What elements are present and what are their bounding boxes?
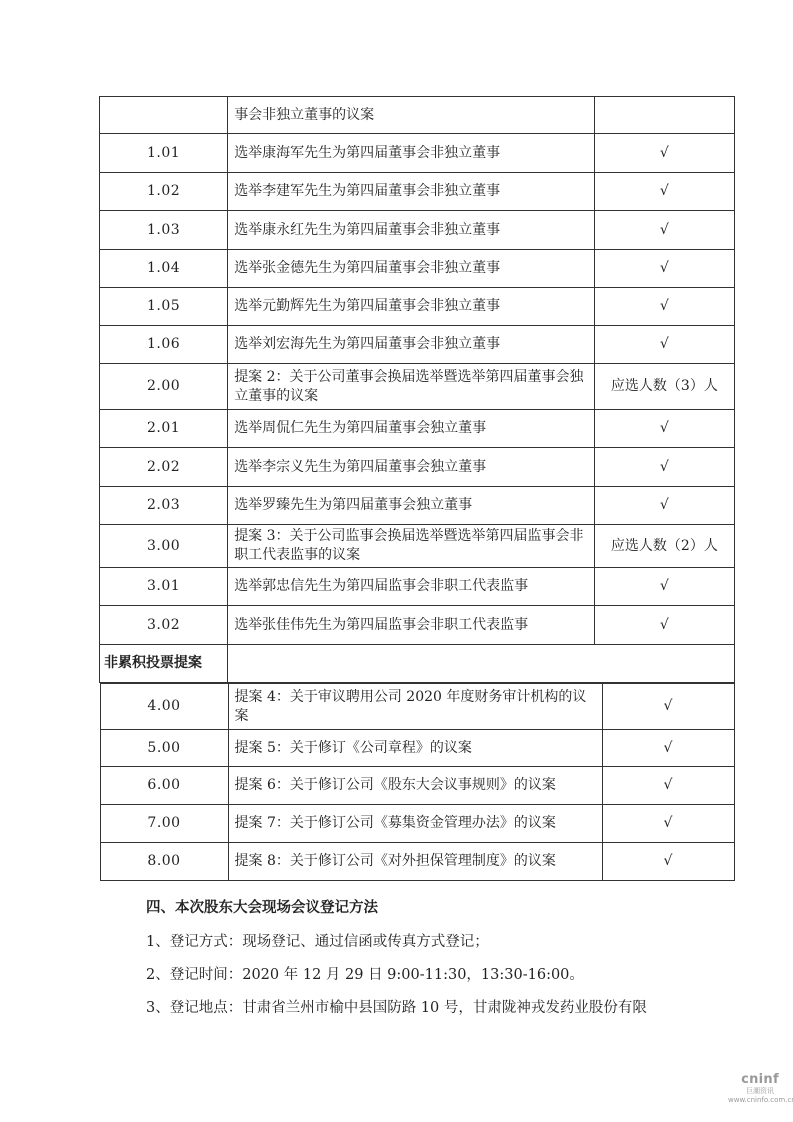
document-page: 事会非独立董事的议案1.01选举康海军先生为第四届董事会非独立董事√1.02选举… bbox=[0, 0, 793, 1122]
proposal-number: 5.00 bbox=[100, 730, 228, 767]
proposal-description: 选举罗臻先生为第四届董事会独立董事 bbox=[228, 487, 595, 525]
table-row: 7.00提案 7：关于修订公司《募集资金管理办法》的议案√ bbox=[100, 805, 734, 843]
proposal-description: 选举张佳伟先生为第四届监事会非职工代表监事 bbox=[228, 606, 595, 645]
proposal-number: 1.02 bbox=[100, 173, 228, 211]
proposal-number: 1.01 bbox=[100, 134, 228, 173]
table-row: 4.00提案 4：关于审议聘用公司 2020 年度财务审计机构的议案√ bbox=[100, 684, 734, 730]
proposal-number: 6.00 bbox=[100, 767, 228, 805]
checkmark-icon: √ bbox=[602, 843, 734, 881]
proposal-description: 事会非独立董事的议案 bbox=[228, 97, 595, 134]
proposal-number: 3.02 bbox=[100, 606, 228, 645]
proposal-number: 2.01 bbox=[100, 410, 228, 448]
checkmark-icon: √ bbox=[594, 173, 734, 211]
table-row: 1.01选举康海军先生为第四届董事会非独立董事√ bbox=[100, 134, 735, 173]
table-row: 2.00提案 2：关于公司董事会换届选举暨选举第四届董事会独立董事的议案应选人数… bbox=[100, 364, 735, 410]
section-empty-cell bbox=[228, 645, 735, 683]
section-label: 非累积投票提案 bbox=[100, 645, 228, 683]
proposal-description: 选举李宗义先生为第四届董事会独立董事 bbox=[228, 448, 595, 487]
table-row: 2.03选举罗臻先生为第四届董事会独立董事√ bbox=[100, 487, 735, 525]
table-row: 3.01选举郭忠信先生为第四届监事会非职工代表监事√ bbox=[100, 568, 735, 606]
proposal-number: 1.04 bbox=[100, 250, 228, 288]
registration-time: 2、登记时间：2020 年 12 月 29 日 9:00-11:30，13:30… bbox=[146, 963, 584, 984]
proposal-description: 提案 8：关于修订公司《对外担保管理制度》的议案 bbox=[228, 843, 602, 881]
proposal-number: 3.01 bbox=[100, 568, 228, 606]
checkmark-icon: √ bbox=[602, 684, 734, 730]
watermark-url: www.cninfo.com.cn bbox=[728, 1096, 792, 1105]
table-row: 3.00提案 3：关于公司监事会换届选举暨选举第四届监事会非职工代表监事的议案应… bbox=[100, 525, 735, 568]
proposal-description: 选举李建军先生为第四届董事会非独立董事 bbox=[228, 173, 595, 211]
watermark-logo: cninf bbox=[728, 1072, 792, 1087]
proposal-number: 1.06 bbox=[100, 326, 228, 364]
checkmark-icon: √ bbox=[594, 326, 734, 364]
checkmark-icon: √ bbox=[594, 410, 734, 448]
registration-method: 1、登记方式：现场登记、通过信函或传真方式登记； bbox=[146, 930, 489, 951]
proposal-number: 4.00 bbox=[100, 684, 228, 730]
cninfo-watermark: cninf 巨潮资讯 www.cninfo.com.cn bbox=[728, 1072, 792, 1105]
section-row-noncumulative: 非累积投票提案 bbox=[100, 645, 735, 683]
checkmark-icon: √ bbox=[602, 805, 734, 843]
proposal-description: 选举康永红先生为第四届董事会非独立董事 bbox=[228, 211, 595, 250]
proposal-description: 选举元勤辉先生为第四届董事会非独立董事 bbox=[228, 288, 595, 326]
table-row: 2.01选举周侃仁先生为第四届董事会独立董事√ bbox=[100, 410, 735, 448]
proposal-description: 提案 5：关于修订《公司章程》的议案 bbox=[228, 730, 602, 767]
checkmark-icon: √ bbox=[594, 487, 734, 525]
proposal-number: 3.00 bbox=[100, 525, 228, 568]
proposal-description: 提案 4：关于审议聘用公司 2020 年度财务审计机构的议案 bbox=[228, 684, 602, 730]
table-row: 1.02选举李建军先生为第四届董事会非独立董事√ bbox=[100, 173, 735, 211]
table-row: 事会非独立董事的议案 bbox=[100, 97, 735, 134]
checkmark-icon: √ bbox=[602, 730, 734, 767]
vote-count-note: 应选人数（3）人 bbox=[594, 364, 734, 410]
proposal-number: 7.00 bbox=[100, 805, 228, 843]
table-row: 6.00提案 6：关于修订公司《股东大会议事规则》的议案√ bbox=[100, 767, 734, 805]
section-heading: 四、本次股东大会现场会议登记方法 bbox=[146, 896, 378, 917]
checkmark-icon: √ bbox=[594, 448, 734, 487]
checkmark-icon: √ bbox=[594, 250, 734, 288]
checkmark-icon: √ bbox=[594, 288, 734, 326]
proposal-number: 1.03 bbox=[100, 211, 228, 250]
registration-location: 3、登记地点：甘肃省兰州市榆中县国防路 10 号，甘肃陇神戎发药业股份有限 bbox=[146, 996, 647, 1017]
vote-count-note bbox=[594, 97, 734, 134]
table-row: 1.05选举元勤辉先生为第四届董事会非独立董事√ bbox=[100, 288, 735, 326]
checkmark-icon: √ bbox=[594, 606, 734, 645]
table-row: 2.02选举李宗义先生为第四届董事会独立董事√ bbox=[100, 448, 735, 487]
noncumulative-table: 4.00提案 4：关于审议聘用公司 2020 年度财务审计机构的议案√5.00提… bbox=[100, 683, 735, 881]
proposal-number: 2.00 bbox=[100, 364, 228, 410]
checkmark-icon: √ bbox=[594, 211, 734, 250]
vote-count-note: 应选人数（2）人 bbox=[594, 525, 734, 568]
proposal-description: 选举康海军先生为第四届董事会非独立董事 bbox=[228, 134, 595, 173]
bottom-rows-wrapper: 4.00提案 4：关于审议聘用公司 2020 年度财务审计机构的议案√5.00提… bbox=[100, 683, 735, 882]
proposal-description: 选举张金德先生为第四届董事会非独立董事 bbox=[228, 250, 595, 288]
proposal-table-body: 事会非独立董事的议案1.01选举康海军先生为第四届董事会非独立董事√1.02选举… bbox=[100, 97, 735, 882]
watermark-cn: 巨潮资讯 bbox=[728, 1087, 792, 1096]
proposal-number: 8.00 bbox=[100, 843, 228, 881]
table-row: 1.04选举张金德先生为第四届董事会非独立董事√ bbox=[100, 250, 735, 288]
checkmark-icon: √ bbox=[594, 568, 734, 606]
proposal-description: 提案 6：关于修订公司《股东大会议事规则》的议案 bbox=[228, 767, 602, 805]
checkmark-icon: √ bbox=[602, 767, 734, 805]
proposal-table: 事会非独立董事的议案1.01选举康海军先生为第四届董事会非独立董事√1.02选举… bbox=[99, 96, 735, 881]
proposal-number: 2.03 bbox=[100, 487, 228, 525]
proposal-description: 选举刘宏海先生为第四届董事会非独立董事 bbox=[228, 326, 595, 364]
proposal-description: 选举周侃仁先生为第四届董事会独立董事 bbox=[228, 410, 595, 448]
proposal-description: 提案 2：关于公司董事会换届选举暨选举第四届董事会独立董事的议案 bbox=[228, 364, 595, 410]
proposal-number: 2.02 bbox=[100, 448, 228, 487]
proposal-number: 1.05 bbox=[100, 288, 228, 326]
table-row: 1.06选举刘宏海先生为第四届董事会非独立董事√ bbox=[100, 326, 735, 364]
proposal-description: 提案 7：关于修订公司《募集资金管理办法》的议案 bbox=[228, 805, 602, 843]
table-row: 1.03选举康永红先生为第四届董事会非独立董事√ bbox=[100, 211, 735, 250]
table-row: 5.00提案 5：关于修订《公司章程》的议案√ bbox=[100, 730, 734, 767]
table-row: 8.00提案 8：关于修订公司《对外担保管理制度》的议案√ bbox=[100, 843, 734, 881]
proposal-number bbox=[100, 97, 228, 134]
checkmark-icon: √ bbox=[594, 134, 734, 173]
table-row: 3.02选举张佳伟先生为第四届监事会非职工代表监事√ bbox=[100, 606, 735, 645]
proposal-description: 提案 3：关于公司监事会换届选举暨选举第四届监事会非职工代表监事的议案 bbox=[228, 525, 595, 568]
proposal-description: 选举郭忠信先生为第四届监事会非职工代表监事 bbox=[228, 568, 595, 606]
